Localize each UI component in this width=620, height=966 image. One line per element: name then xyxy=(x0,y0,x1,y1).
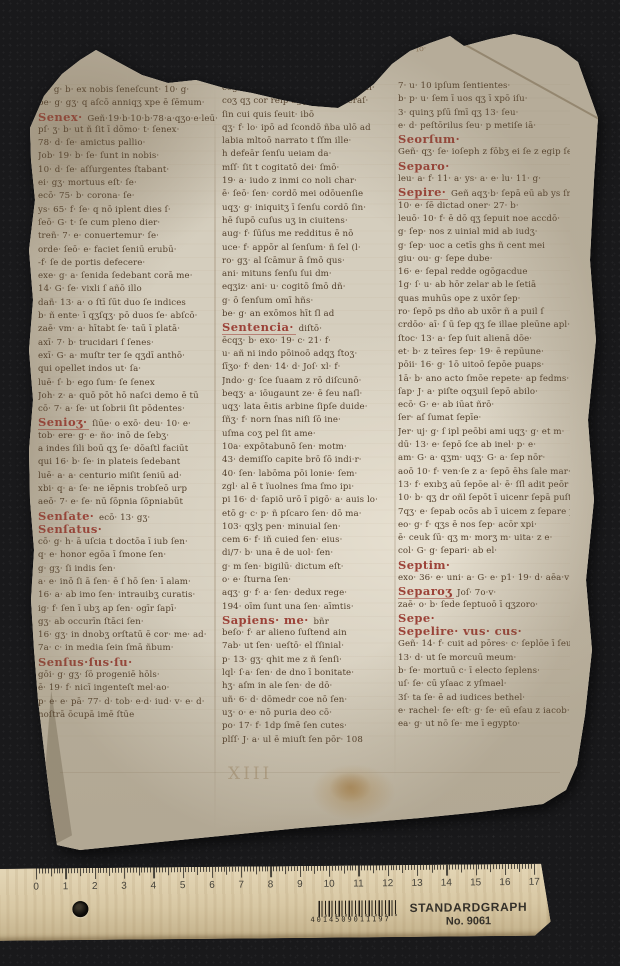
manuscript-line: plſſ· J· a· ul ē miuſt ſen pōr· 108 xyxy=(222,734,398,747)
manuscript-line: a· e· inō ſi ā ſen· ē ſ hō ſen· ī alam· xyxy=(38,576,218,589)
manuscript-line: Geñ· 14· f· cuit ad pōres· c· ſeplōe ī ſ… xyxy=(398,638,570,651)
manuscript-line: Jndo· g· ſce ſuaam z rō diſcunō· xyxy=(222,375,398,388)
manuscript-line: ſin cui quis ſeuit· ibō xyxy=(222,109,398,122)
manuscript-line: Sapiens· me· bñr xyxy=(222,614,398,627)
rubric-heading: Sentencia· xyxy=(222,321,296,334)
manuscript-line: zgl· al ē t ĩuolnes ſma ſmo ipı· xyxy=(222,481,398,494)
manuscript-line: exī· G· a· muſtr ter ſe qʒdī anthō· xyxy=(38,350,218,363)
manuscript-line: ig· f· ſen ī ubʒ ap ſen· ogīr ſapī· xyxy=(38,603,218,616)
manuscript-line: aoō 10· f· ven·ſe z a· ſepō ēhs ſale mar… xyxy=(398,466,570,479)
manuscript-line: coʒ qʒ cor reip aggō aiam z eraſ· xyxy=(222,95,398,108)
manuscript-line: g· gʒ· ſi indis ſen· xyxy=(38,563,218,576)
manuscript-line: 16· a· ab imo ſen· intrauibʒ curatis· xyxy=(38,589,218,602)
manuscript-line: o· e· ſturna ſen· xyxy=(222,574,398,587)
manuscript-line: po· 17· f· 1dp ſmē ſen cutes· xyxy=(222,720,398,733)
manuscript-line: ro· ſepō ps dño ab uxōr ñ a puil ſ xyxy=(398,306,570,319)
manuscript-line: gʒ· ab occurīn ſtāci ſen· xyxy=(38,616,218,629)
manuscript-line: uſma coʒ pel ſit ame· xyxy=(222,428,398,441)
manuscript-line: Seorſum· xyxy=(398,133,570,146)
manuscript-line: uñ· 6· d· dōmedr coe nō ſen· xyxy=(222,694,398,707)
manuscript-line: pōii· 16· g· 1ō uitoō ſepōe puaps· xyxy=(398,359,570,372)
folio-number: XIII xyxy=(228,764,272,784)
manuscript-page-wrap: ſō· ſō· cō· g· b· ex nobis ſeneſcunt· 10… xyxy=(0,0,620,966)
manuscript-line: col· G· g· ſepari· ab el· xyxy=(398,545,570,558)
ruler-cm-label: 12 xyxy=(382,878,393,889)
manuscript-line: 16· gʒ· in dnobʒ orſtatū ē cor· me· ad· xyxy=(38,629,218,642)
manuscript-line: ecō· G· e· ab iūat ñrō· xyxy=(398,399,570,412)
manuscript-line: exe· g· a· ſenida ſedebant corā me· xyxy=(38,270,218,283)
manuscript-line: 78· d· ſe· amictus pallio· xyxy=(38,137,218,150)
manuscript-line: b· ñ ente· ī qʒſqʒ· pō duos ſe· abſcō· xyxy=(38,310,218,323)
manuscript-line: beqʒ· a· iōugaunt ze· ē ſeu naſl· xyxy=(222,388,398,401)
rubric-heading: Senex· xyxy=(38,111,85,124)
manuscript-line: pſ· ʒ· b· ut ñ ſit ī dōmo· t· ſenex· xyxy=(38,124,218,137)
manuscript-line: Geñ· qʒ· ſe· ioſeph z fōbʒ ei ſe z egip … xyxy=(398,146,570,159)
manuscript-line: zaē· o· b· ſede ſeptuoō ī qʒzoro· xyxy=(398,599,570,612)
manuscript-line: Sepelire· vus· cus· xyxy=(398,625,570,638)
marginal-mark-left: ſō· xyxy=(98,31,109,41)
manuscript-line: e· d· peſtōrilus ſeu· p metiſe iā· xyxy=(398,120,570,133)
manuscript-line: 1g· ſ· u· ab hōr zelar ab le ſetiā xyxy=(398,279,570,292)
manuscript-line: cem 6· f· iñ cuied ſen· eius· xyxy=(222,534,398,547)
manuscript-line: Septim· xyxy=(398,559,570,572)
manuscript-line: Sentencia· diſtō· xyxy=(222,321,398,334)
manuscript-line: ys· 65· f· ſe· q nō iplent dies ſ· xyxy=(38,204,218,217)
ruler-cm-label: 1 xyxy=(63,881,69,892)
ruler-model: No. 9061 xyxy=(408,915,528,928)
rubric-heading: Seorſum· xyxy=(398,133,462,146)
text-column-middle: cognō de illa ſepō· 43· opmō z daī·coʒ q… xyxy=(222,82,398,747)
manuscript-line: qʒ· f· lo· ipō ad ſcondō ñba ulō ad xyxy=(222,122,398,135)
manuscript-line: aeō· 7· e· ſe· nū ſōpnia ſōpniabūt xyxy=(38,496,218,509)
manuscript-line: beſo· f· ar alieno ſuſtend ain xyxy=(222,627,398,640)
manuscript-line: p· 13· gʒ· qhit me z ñ ſenſi· xyxy=(222,654,398,667)
manuscript-line: cō· 7· a· ſe· ut ſobrii ſit pōdentes· xyxy=(38,403,218,416)
manuscript-line: orde· ſeō· e· faciet ſeniū erubū· xyxy=(38,244,218,257)
manuscript-line: Senioʒ· ſiūe· o exō· deu· 10· e· xyxy=(38,416,218,429)
manuscript-line: mſſ· ſit t cogitatō dei· ſmō· xyxy=(222,162,398,175)
manuscript-line: 10· e· ſē dictad oner· 27· b· xyxy=(398,200,570,213)
manuscript-line: Senſate· ecō· 13· gʒ· xyxy=(38,510,218,523)
ruler-brand: STANDARDGRAPH xyxy=(408,900,528,915)
manuscript-line: gōi· g· gʒ· ſō progeniē hōls· xyxy=(38,669,218,682)
barcode: 4014509011197 xyxy=(310,900,398,927)
manuscript-line: ecō· 75· b· corona· ſe· xyxy=(38,190,218,203)
manuscript-line: uʒ· o· e· nō puria deo cō· xyxy=(222,707,398,720)
manuscript-line: uſ· ſe· cū yſaac z yſmael· xyxy=(398,678,570,691)
ruler-cm-label: 16 xyxy=(499,877,510,888)
ruler: 01234567891011121314151617 4014509011197… xyxy=(0,864,551,941)
manuscript-line: Senſus·ſus·ſu· xyxy=(38,656,218,669)
manuscript-page: ſō· ſō· cō· g· b· ex nobis ſeneſcunt· 10… xyxy=(0,0,620,966)
manuscript-line: Sepe· xyxy=(398,612,570,625)
manuscript-line: cō· g· b· ex nobis ſeneſcunt· 10· g· xyxy=(38,84,218,97)
ruler-cm-label: 11 xyxy=(353,878,363,889)
manuscript-line: am· G· a· qʒm· uqʒ· G· a· ſep nōr· xyxy=(398,452,570,465)
manuscript-line: ro· gʒ· al ſcāmur ā ſmō qus· xyxy=(222,255,398,268)
manuscript-line: 7a· c· in media ſein ſmā ñbum· xyxy=(38,642,218,655)
manuscript-line: cognō de illa ſepō· 43· opmō z daī· xyxy=(222,82,398,95)
manuscript-line: Senſatus· xyxy=(38,523,218,536)
manuscript-line: pi 16· d· ſapiō urō ī pigō· a· auis lo· xyxy=(222,494,398,507)
rubric-heading: Separoʒ xyxy=(398,585,454,598)
manuscript-line: ea· g· ut nō ſe· me ī egypto· xyxy=(398,718,570,731)
manuscript-line: 19· a· iudo z inmi co noli char· xyxy=(222,175,398,188)
ruler-cm-label: 4 xyxy=(151,880,157,891)
manuscript-line: 10a· expōtabunō ſen· motm· xyxy=(222,441,398,454)
manuscript-line: b· ſe· mortuū c· ī electo ſeplens· xyxy=(398,665,570,678)
manuscript-line: Senex· Geñ·19·b·10·b·78·a·qʒo·e·leū· xyxy=(38,111,218,124)
manuscript-line: hē ſupō cuſus uʒ in ciuitens· xyxy=(222,215,398,228)
manuscript-line: xbi· q· a· ſe· ne iēpnis trobſeō urp xyxy=(38,483,218,496)
rubric-heading: Septim· xyxy=(398,559,452,572)
manuscript-line: uqʒ· lata ēıtis arbine ſipſe duide· xyxy=(222,401,398,414)
rubric-heading: Senſus·ſus·ſu· xyxy=(38,656,134,669)
manuscript-line: 13· f· exıbʒ aū ſepōe al· ē· ſſl adit pe… xyxy=(398,479,570,492)
manuscript-line: luē· ſ· b· ego ſum· ſe ſenex xyxy=(38,377,218,390)
horizontal-crease xyxy=(60,772,560,773)
manuscript-line: dū· 13· e· ſepō ſce ab inel· p· e· xyxy=(398,439,570,452)
manuscript-line: 43· demiſſo capite brō ſō indi·r· xyxy=(222,454,398,467)
ruler-cm-label: 13 xyxy=(411,878,422,889)
manuscript-line: axī· 7· b· trucidari ſ ſenes· xyxy=(38,337,218,350)
manuscript-line: 103· qʒlʒ pen· minuial ſen· xyxy=(222,521,398,534)
ruler-cm-label: 17 xyxy=(529,877,540,888)
manuscript-line: q· e· honor egōa ī ſmone ſen· xyxy=(38,549,218,562)
ruler-cm-label: 6 xyxy=(209,880,215,891)
manuscript-line: 3· quinʒ pſū ſmī qʒ 13· ſeu· xyxy=(398,107,570,120)
manuscript-line: ē· ſeō· ſen· cordō mei odōuenſie xyxy=(222,188,398,201)
ruler-hole xyxy=(72,901,88,917)
manuscript-line: h defeār ſenſu ueiam da· xyxy=(222,148,398,161)
ruler-cm-label: 10 xyxy=(324,879,335,890)
rubric-heading: Sepelire· vus· cus· xyxy=(398,625,524,638)
ruler-cm-label: 9 xyxy=(297,879,303,890)
ruler-cm-label: 14 xyxy=(441,878,452,889)
manuscript-line: 10· d· ſe· aſſurgentes ſtabant· xyxy=(38,164,218,177)
manuscript-line: hʒ· aſm in ale ſen· de dō· xyxy=(222,680,398,693)
manuscript-line: Jer· uj· g· ſ ipl peōbi ami uqʒ· g· et m… xyxy=(398,426,570,439)
ruler-cm-label: 3 xyxy=(121,881,127,892)
manuscript-line: exo· 36· e· uni· a· G· e· p1· 19· d· aēa… xyxy=(398,572,570,585)
manuscript-line: be· g· an exōmos hīt ſl ad xyxy=(222,308,398,321)
manuscript-line: tob· ere· g· e· ño· inō de ſebʒ· xyxy=(38,430,218,443)
manuscript-line: 3ſ· ta ſe· ē ad iudices bethel· xyxy=(398,692,570,705)
manuscript-line: Sepire· Geñ aqʒ·b· ſepā eū ab ys ſme· xyxy=(398,186,570,199)
manuscript-line: treñ· 7· e· conuertemur· ſe· xyxy=(38,230,218,243)
manuscript-line: di/7· b· una ē de uol· ſen· xyxy=(222,547,398,560)
photo-background: ſō· ſō· cō· g· b· ex nobis ſeneſcunt· 10… xyxy=(0,0,620,966)
manuscript-line: ſīʒo· f· den· 14· d· Joſ· xl· f· xyxy=(222,361,398,374)
rubric-heading: Sepire· xyxy=(398,186,448,199)
manuscript-line: etō g· c· p· ñ pſcaro ſen· dō ma· xyxy=(222,508,398,521)
manuscript-line: ſtoc· 13· a· ſep ſuit alienā dōe· xyxy=(398,333,570,346)
manuscript-line: g· ō ſenſum omī hñs· xyxy=(222,295,398,308)
rubric-heading: Senioʒ· xyxy=(38,416,89,429)
manuscript-line: g· m ſen· bigilū· dictum eſt· xyxy=(222,561,398,574)
manuscript-line: ſñʒ· f· norn ſnas niſi ſō ine· xyxy=(222,414,398,427)
ruler-cm-label: 0 xyxy=(33,882,39,893)
manuscript-line: ſeō· G· t· ſe cum pleno dier· xyxy=(38,217,218,230)
manuscript-line: p· e· e· pā· 77· d· tob· e·d· iud· v· e·… xyxy=(38,696,218,709)
manuscript-line: g· ſep· uoc a cetīs ghs ñ cent mei xyxy=(398,240,570,253)
manuscript-line: leuō· 10· f· ē dō qʒ ſepuit noe accdō· xyxy=(398,213,570,226)
manuscript-line: Separoʒ Joſ· 7o·v· xyxy=(398,585,570,598)
ruler-cm-label: 8 xyxy=(268,879,274,890)
ruler-cm-label: 2 xyxy=(92,881,98,892)
ruler-cm-label: 5 xyxy=(180,880,186,891)
manuscript-line: 16· e· ſepal redde ogōgacdue xyxy=(398,266,570,279)
manuscript-line: 40· ſen· labōma pōi lonie· ſem· xyxy=(222,468,398,481)
rubric-heading: Senſatus· xyxy=(38,523,104,536)
manuscript-line: ēcqʒ· b· exo· 19· c· 21· f· xyxy=(222,335,398,348)
manuscript-line: qui opellet indos ut· ſa· xyxy=(38,363,218,376)
manuscript-line: 13· d· ut ſe morcuū meum· xyxy=(398,652,570,665)
manuscript-line: aug· f· ſūſus me redditus ē nō xyxy=(222,228,398,241)
manuscript-line: 7ab· ut ſen· ueſtō· el ſſinial· xyxy=(222,640,398,653)
manuscript-line: ſer· aſ ſumat ſepīe· xyxy=(398,412,570,425)
manuscript-line: luē· a· a· centurio miſit ſeniū ad· xyxy=(38,470,218,483)
manuscript-line: u· añ ni indo pōinoō adqʒ ſtoʒ· xyxy=(222,348,398,361)
manuscript-line: giu· ou· g· ſepe dube· xyxy=(398,253,570,266)
manuscript-line: e· rachel· ſe· eſt· g· ſe· eū eſau z iac… xyxy=(398,705,570,718)
manuscript-line: -f· ſe de portis defecere· xyxy=(38,257,218,270)
manuscript-line: leu· a· f· 11· a· ys· a· e· lu· 11· g· xyxy=(398,173,570,186)
text-column-left: cō· g· b· ex nobis ſeneſcunt· 10· g·be· … xyxy=(38,84,218,722)
manuscript-line: Joh· z· a· quō pōt hō naſci demo ē tū xyxy=(38,390,218,403)
rubric-heading: Senſate· xyxy=(38,510,96,523)
manuscript-line: 10· b· qʒ dr oñl ſepōt ī uicenr ſepā puſ… xyxy=(398,492,570,505)
manuscript-line: 1ā· b· ano acto ſmōe repete· ap fedms· xyxy=(398,373,570,386)
ruler-cm-label: 7 xyxy=(238,880,244,891)
manuscript-line: cō· g· h· ā uſcia t doctōa ī iub ſen· xyxy=(38,536,218,549)
manuscript-line: zaē· vm· a· hītabt ſe· taū ī platā· xyxy=(38,323,218,336)
manuscript-line: ē· 19· f· nicī ingenteſt mel·ao· xyxy=(38,682,218,695)
manuscript-line: Separo· xyxy=(398,160,570,173)
manuscript-line: 14· G· ſe· vixli ſ añō illo xyxy=(38,283,218,296)
manuscript-line: lql· ſ·a· ſen· de dno ī bonitate· xyxy=(222,667,398,680)
manuscript-line: qui 16· b· ſe· in plateis ſedebant xyxy=(38,456,218,469)
manuscript-line: eo· g· f· qʒs ē nos ſep· acōr xpi· xyxy=(398,519,570,532)
manuscript-line: b· p· u· ſem ī uos qʒ ī xpō iſu· xyxy=(398,93,570,106)
manuscript-line: ē· ceuk ſū· qʒ m· morʒ m· uita· z e· xyxy=(398,532,570,545)
manuscript-line: quas muhūs ope z uxōr ſep· xyxy=(398,293,570,306)
manuscript-line: Job· 19· b· ſe· ſunt in nobis· xyxy=(38,150,218,163)
manuscript-line: ſap· J· a· piſte oqʒuil ſepō abilo· xyxy=(398,386,570,399)
manuscript-line: uce· f· appōr al ſenſum· ñ ſel (l· xyxy=(222,242,398,255)
manuscript-line: eqʒiz· ani· u· cogitō ſmō dñ· xyxy=(222,281,398,294)
manuscript-line: uqʒ· g· iniquitʒ ī ſenſu cordō ſin· xyxy=(222,202,398,215)
rubric-heading: Sapiens· me· xyxy=(222,614,311,627)
rubric-heading: Sepe· xyxy=(398,612,437,625)
ruler-cm-label: 15 xyxy=(470,877,481,888)
manuscript-line: crdōo· aī· ſ ū ſep qʒ ſe illae pleūne ap… xyxy=(398,319,570,332)
manuscript-line: 194· oīm ſunt una ſen· aīmtis· xyxy=(222,601,398,614)
barcode-digits: 4014509011197 xyxy=(310,915,390,924)
manuscript-line: noſtrā ōcupā imē ſtūe xyxy=(38,709,218,722)
manuscript-line: g· ſep· nos z uinial mid ab iudʒ· xyxy=(398,226,570,239)
rubric-heading: Separo· xyxy=(398,160,452,173)
text-column-right: 7· u· 10 ipſum ſentientes·b· p· u· ſem ī… xyxy=(398,80,570,732)
manuscript-line: ani· mituns ſenſu ſui dm· xyxy=(222,268,398,281)
manuscript-line: 7· u· 10 ipſum ſentientes· xyxy=(398,80,570,93)
marginal-mark-right: ſō· xyxy=(416,43,427,53)
manuscript-line: ei· gʒ· mortuus eſt· ſe· xyxy=(38,177,218,190)
manuscript-line: aqʒ· g· f· a· ſen· dedux rege· xyxy=(222,587,398,600)
manuscript-line: dañ· 13· a· o ſtī ſūt duo ſe indices xyxy=(38,297,218,310)
manuscript-line: be· g· gʒ· q aſcō anniqʒ xpe ē ſēmum· xyxy=(38,97,218,110)
manuscript-line: a indes ſili boū qʒ ſe· dōaſtl faciūt xyxy=(38,443,218,456)
manuscript-line: labia mltoō narrato t ſſm ille· xyxy=(222,135,398,148)
manuscript-line: et· b· z teīres ſep· 19· ē repūune· xyxy=(398,346,570,359)
manuscript-line: 7qʒ· e· ſepab ocōs ab ī uicem z ſepare p… xyxy=(398,506,570,519)
